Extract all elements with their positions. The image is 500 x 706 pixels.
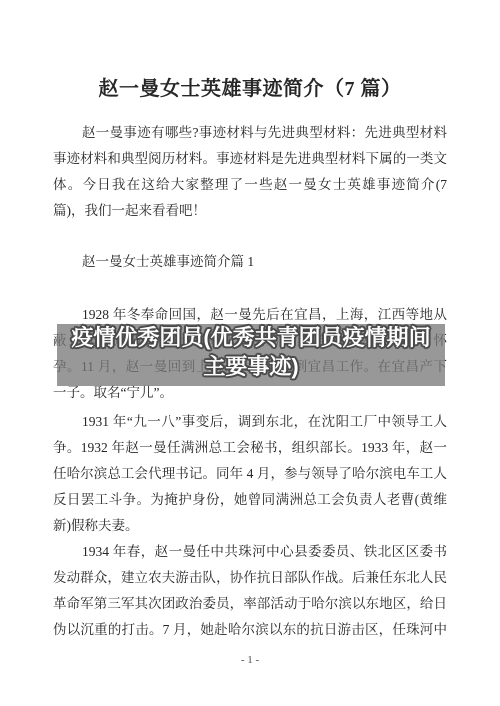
paragraph-line: 争。1932 年赵一曼任满洲总工会秘书，组织部长。1933 年，赵一曼 bbox=[53, 435, 447, 461]
paragraph-line: 革命军第三军其次团政治委员，率部活动于哈尔滨以东地区，给日 bbox=[53, 591, 447, 617]
paragraph-line: 赵一曼事迹有哪些?事迹材料与先进典型材料：先进典型材料包括 bbox=[53, 120, 447, 146]
paragraph-line: 新)假称夫妻。 bbox=[53, 513, 447, 539]
watermark-text-line2: 主要事迹) bbox=[203, 352, 298, 381]
document-title: 赵一曼女士英雄事迹简介（7 篇） bbox=[0, 77, 500, 101]
intro-paragraph: 赵一曼事迹有哪些?事迹材料与先进典型材料：先进典型材料包括 事迹材料和典型阅历材… bbox=[53, 120, 447, 224]
paragraph-line: 任哈尔滨总工会代理书记。同年 4 月，参与领导了哈尔滨电车工人 bbox=[53, 461, 447, 487]
paragraph-line: 发动群众，建立农夫游击队，协作抗日部队作战。后兼任东北人民 bbox=[53, 565, 447, 591]
biography-paragraph-3: 1934 年春，赵一曼任中共珠河中心县委委员、铁北区区委书记， 发动群众，建立农… bbox=[53, 539, 447, 643]
paragraph-line: 反日罢工斗争。为掩护身份，她曾同满洲总工会负责人老曹(黄维 bbox=[53, 487, 447, 513]
paragraph-line: 1931 年“九一八”事变后，调到东北，在沈阳工厂中领导工人斗 bbox=[53, 409, 447, 435]
paragraph-line: 伪以沉重的打击。7 月，她赴哈尔滨以东的抗日游击区，任珠河中 bbox=[53, 617, 447, 643]
watermark-text-line1: 疫情优秀团员(优秀共青团员疫情期间 bbox=[71, 323, 430, 352]
document-page: 赵一曼女士英雄事迹简介（7 篇） 赵一曼事迹有哪些?事迹材料与先进典型材料：先进… bbox=[0, 0, 500, 706]
paragraph-line: 体。今日我在这给大家整理了一些赵一曼女士英雄事迹简介(7 bbox=[53, 172, 447, 198]
biography-paragraph-2: 1931 年“九一八”事变后，调到东北，在沈阳工厂中领导工人斗 争。1932 年… bbox=[53, 409, 447, 539]
paragraph-line: 1934 年春，赵一曼任中共珠河中心县委委员、铁北区区委书记， bbox=[53, 539, 447, 565]
page-number: - 1 - bbox=[0, 653, 500, 668]
watermark-overlay-banner: 疫情优秀团员(优秀共青团员疫情期间 主要事迹) bbox=[57, 324, 445, 386]
paragraph-line: 篇)，我们一起来看看吧！ bbox=[53, 198, 447, 224]
section-heading: 赵一曼女士英雄事迹简介篇 1 bbox=[53, 249, 447, 275]
paragraph-line: 事迹材料和典型阅历材料。事迹材料是先进典型材料下属的一类文 bbox=[53, 146, 447, 172]
